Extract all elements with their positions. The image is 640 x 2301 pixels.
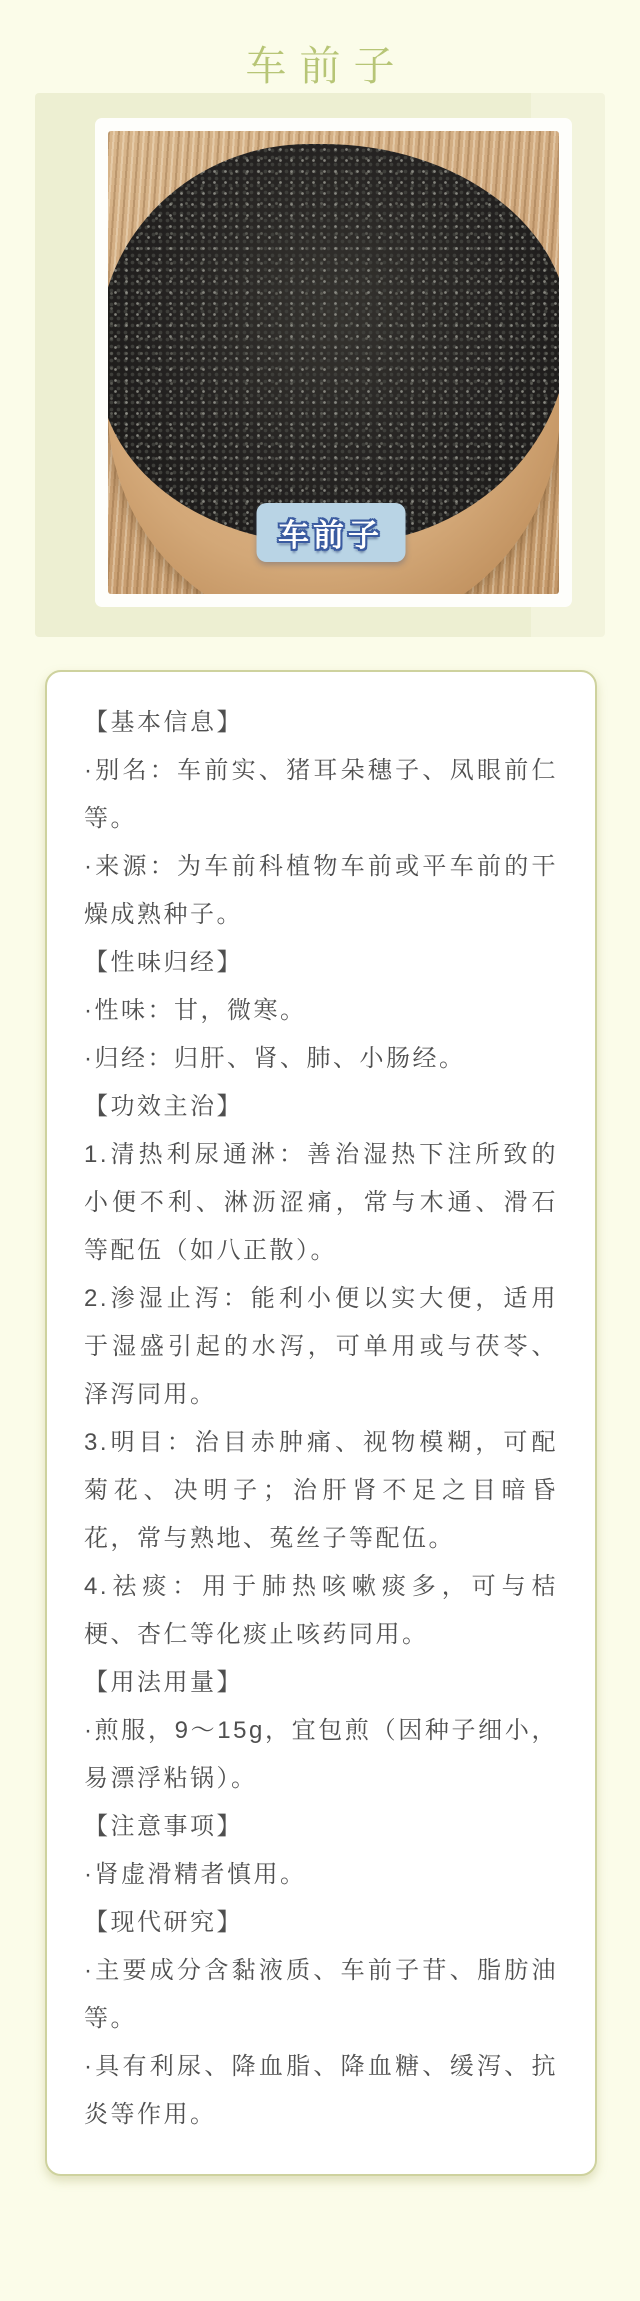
item-effect-3: 3.明目：治目赤肿痛、视物模糊，可配菊花、决明子；治肝肾不足之目暗昏花，常与熟地… [84,1419,558,1563]
photo-frame: 车前子 [95,118,572,607]
item-research-actions: ·具有利尿、降血脂、降血糖、缓泻、抗炎等作用。 [84,2043,558,2139]
seeds-photo: 车前子 [108,131,559,594]
item-effect-1: 1.清热利尿通淋：善治湿热下注所致的小便不利、淋沥涩痛，常与木通、滑石等配伍（如… [84,1131,558,1275]
section-heading-precautions: 【注意事项】 [84,1803,558,1851]
item-alias: ·别名：车前实、猪耳朵穗子、凤眼前仁等。 [84,747,558,843]
section-heading-taste-meridian: 【性味归经】 [84,939,558,987]
item-effect-2: 2.渗湿止泻：能利小便以实大便，适用于湿盛引起的水泻，可单用或与茯苓、泽泻同用。 [84,1275,558,1419]
item-source: ·来源：为车前科植物车前或平车前的干燥成熟种子。 [84,843,558,939]
item-precaution: ·肾虚滑精者慎用。 [84,1851,558,1899]
section-heading-effects: 【功效主治】 [84,1083,558,1131]
photo-label-badge: 车前子 [256,503,405,562]
item-research-components: ·主要成分含黏液质、车前子苷、脂肪油等。 [84,1947,558,2043]
item-taste: ·性味：甘，微寒。 [84,987,558,1035]
section-heading-modern-research: 【现代研究】 [84,1899,558,1947]
item-effect-4: 4.祛痰：用于肺热咳嗽痰多，可与桔梗、杏仁等化痰止咳药同用。 [84,1563,558,1659]
herb-info-card: 【基本信息】 ·别名：车前实、猪耳朵穗子、凤眼前仁等。 ·来源：为车前科植物车前… [45,670,597,2176]
section-heading-dosage: 【用法用量】 [84,1659,558,1707]
black-seeds [108,144,559,544]
section-heading-basic-info: 【基本信息】 [84,699,558,747]
item-dosage: ·煎服，9～15g，宜包煎（因种子细小，易漂浮粘锅）。 [84,1707,558,1803]
item-meridian: ·归经：归肝、肾、肺、小肠经。 [84,1035,558,1083]
page-title: 车前子 [0,33,640,92]
